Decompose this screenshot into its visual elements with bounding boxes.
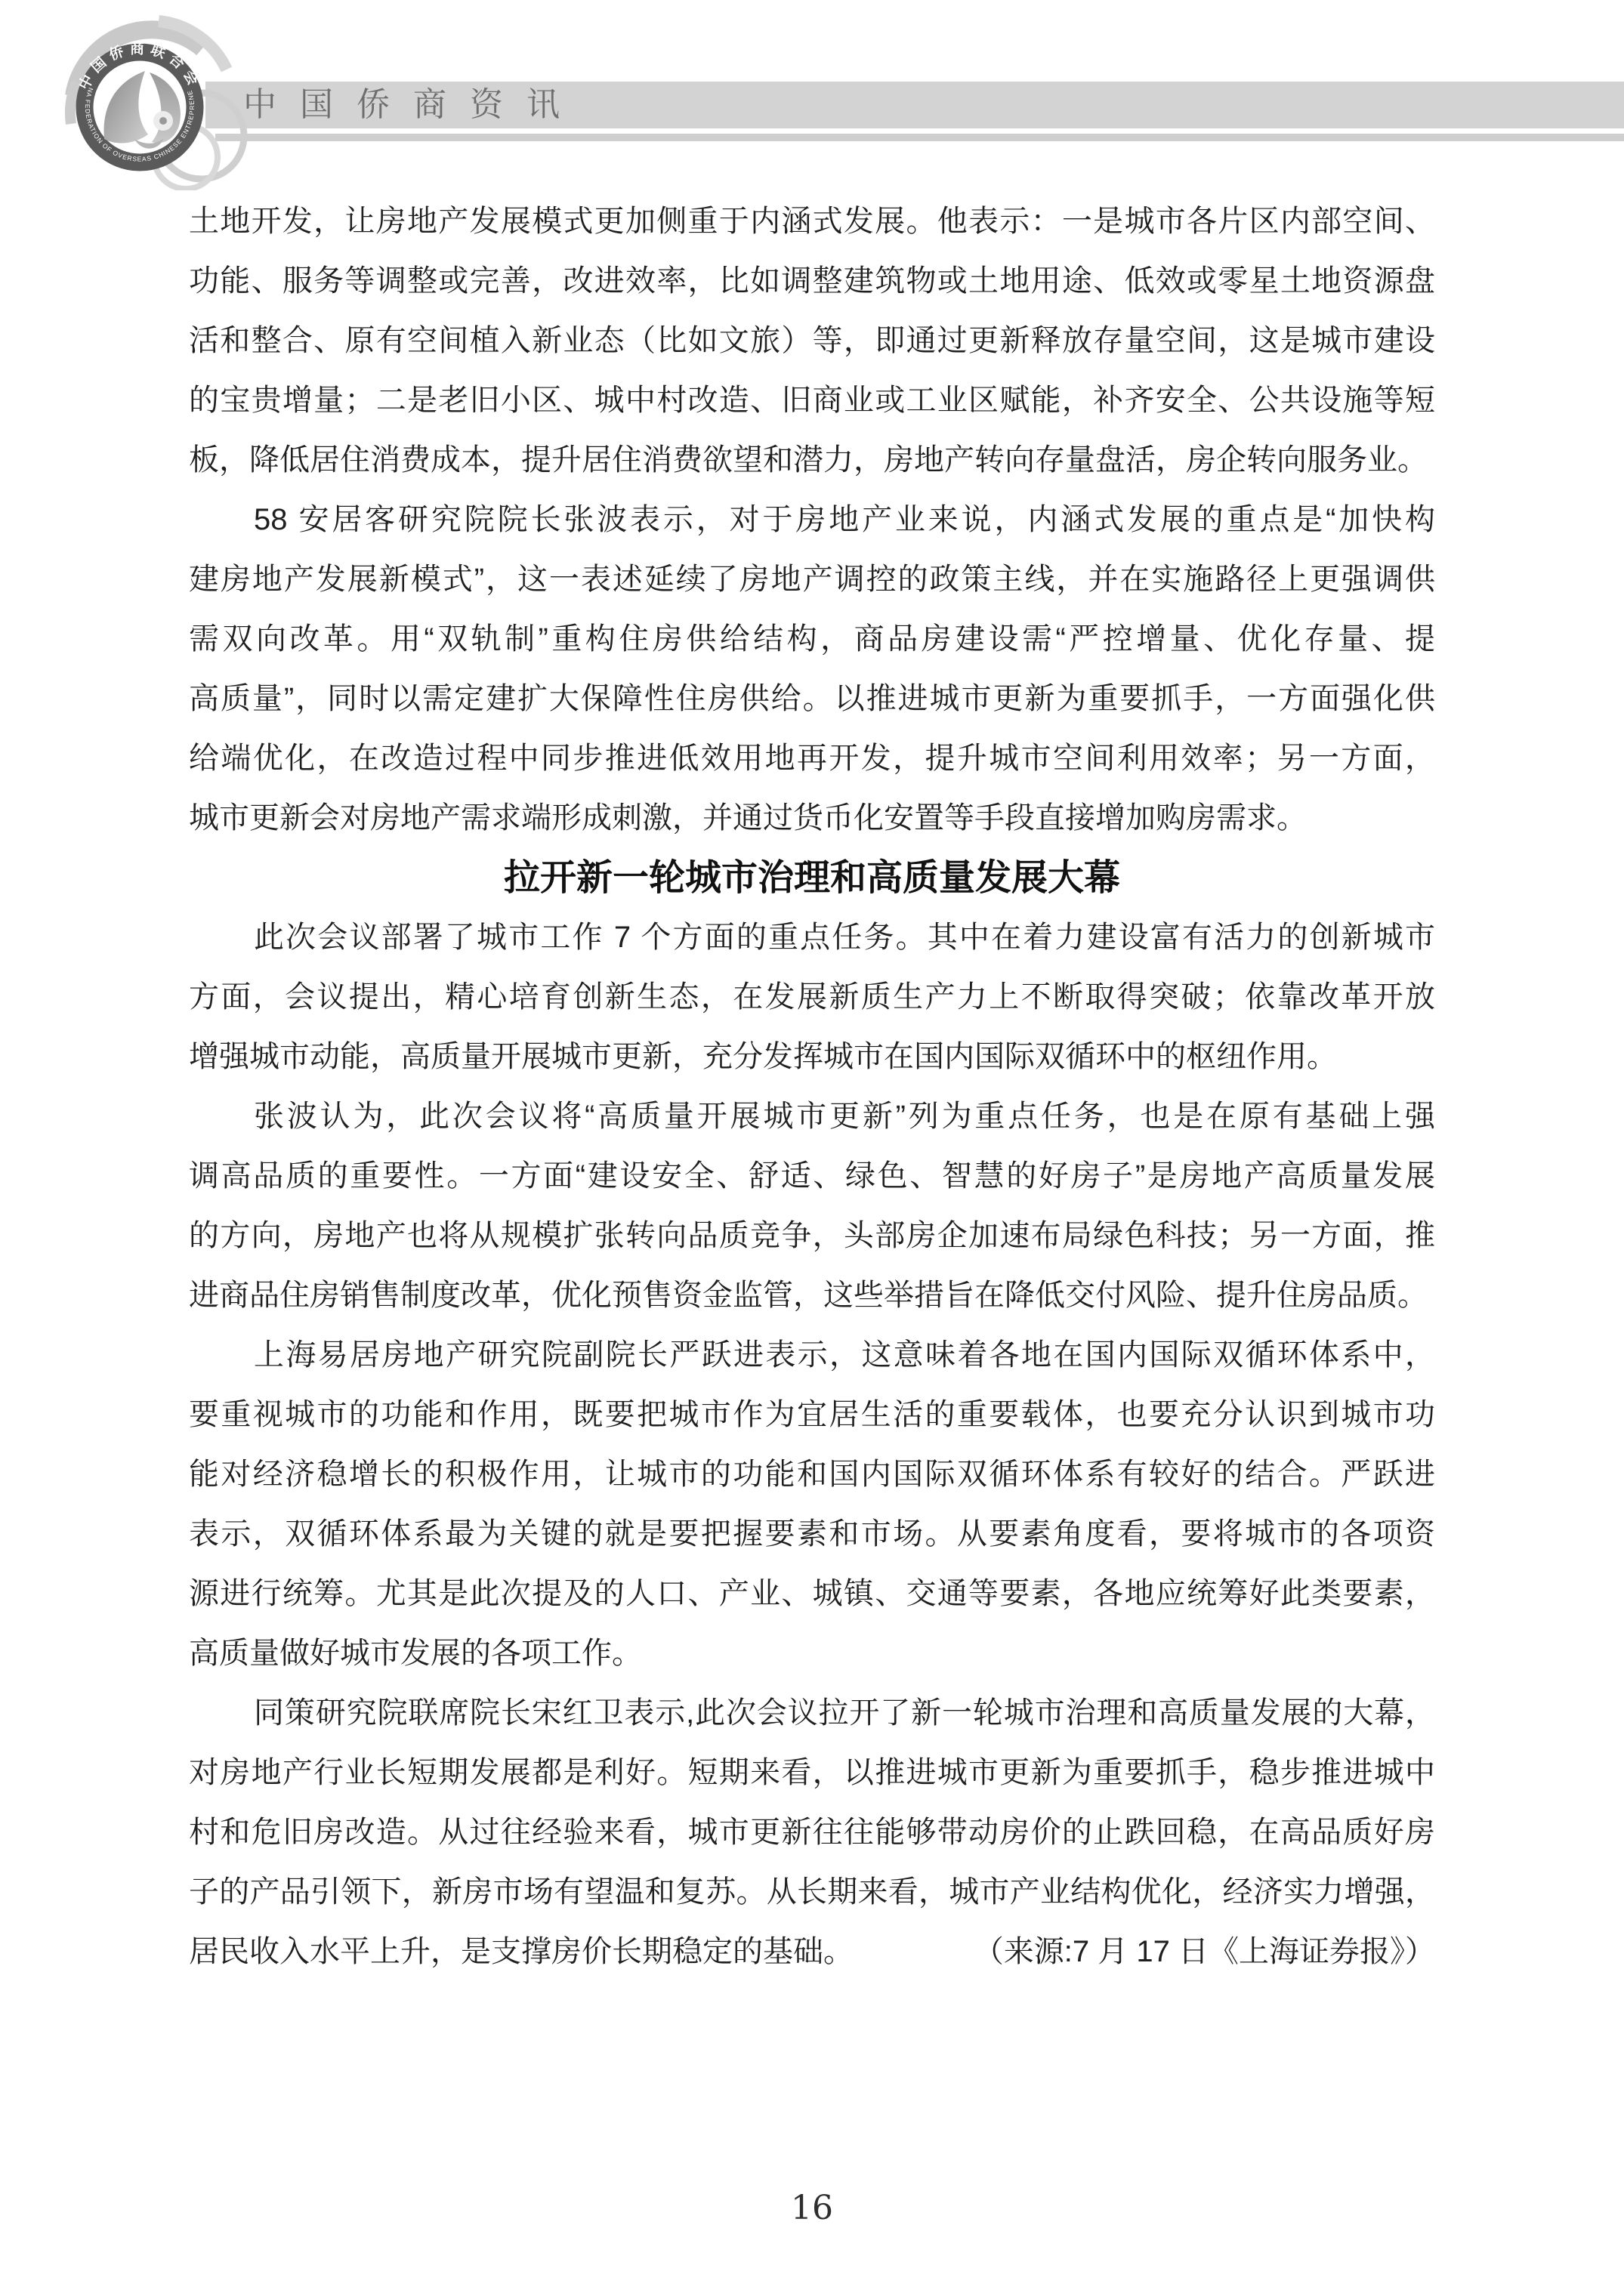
body-line: 板，降低居住消费成本，提升居住消费欲望和潜力，房地产转向存量盘活，房企转向服务业… [189,431,1435,490]
body-line: 的方向，房地产也将从规模扩张转向品质竞争，头部房企加速布局绿色科技；另一方面，推 [189,1206,1435,1266]
body-line-text: 居民收入水平上升，是支撑房价长期稳定的基础。 [189,1922,854,1982]
body-line: 建房地产发展新模式”，这一表述延续了房地产调控的政策主线，并在实施路径上更强调供 [189,550,1435,610]
header-band-thin [215,134,1624,141]
body-line: 58 安居客研究院院长张波表示，对于房地产业来说，内涵式发展的重点是“加快构 [189,490,1435,550]
body-line: 此次会议部署了城市工作 7 个方面的重点任务。其中在着力建设富有活力的创新城市 [189,908,1435,968]
body-line: 给端优化，在改造过程中同步推进低效用地再开发，提升城市空间利用效率；另一方面， [189,729,1435,789]
masthead-title: 中国侨商资讯 [243,88,583,122]
body-last-line: 居民收入水平上升，是支撑房价长期稳定的基础。 （来源:7 月 17 日《上海证券… [189,1922,1435,1982]
body-line: 源进行统筹。尤其是此次提及的人口、产业、城镇、交通等要素，各地应统筹好此类要素， [189,1564,1435,1624]
body-line: 高质量”，同时以需定建扩大保障性住房供给。以推进城市更新为重要抓手，一方面强化供 [189,669,1435,729]
body-line: 的宝贵增量；二是老旧小区、城中村改造、旧商业或工业区赋能，补齐安全、公共设施等短 [189,371,1435,431]
body-line: 进商品住房销售制度改革，优化预售资金监管，这些举措旨在降低交付风险、提升住房品质… [189,1266,1435,1325]
body-line: 活和整合、原有空间植入新业态（比如文旅）等，即通过更新释放存量空间，这是城市建设 [189,311,1435,371]
page-number: 16 [0,2189,1624,2227]
body-line: 村和危旧房改造。从过往经验来看，城市更新往往能够带动房价的止跌回稳，在高品质好房 [189,1803,1435,1862]
body-line: 城市更新会对房地产需求端形成刺激，并通过货币化安置等手段直接增加购房需求。 [189,789,1435,848]
document-page: 中国侨商资讯 [0,0,1624,2293]
body-line: 表示，双循环体系最为关键的就是要把握要素和市场。从要素角度看，要将城市的各项资 [189,1504,1435,1564]
federation-logo-icon: 中国侨商联合会 CHINA FEDERATION OF OVERSEAS CHI… [45,9,249,190]
body-line: 子的产品引领下，新房市场有望温和复苏。从长期来看，城市产业结构优化，经济实力增强… [189,1862,1435,1922]
body-line: 增强城市动能，高质量开展城市更新，充分发挥城市在国内国际双循环中的枢纽作用。 [189,1027,1435,1087]
body-line: 高质量做好城市发展的各项工作。 [189,1624,1435,1683]
body-line: 能对经济稳增长的积极作用，让城市的功能和国内国际双循环体系有较好的结合。严跃进 [189,1445,1435,1504]
body-line: 要重视城市的功能和作用，既要把城市作为宜居生活的重要载体，也要充分认识到城市功 [189,1385,1435,1445]
section-heading: 拉开新一轮城市治理和高质量发展大幕 [189,848,1435,908]
body-line: 同策研究院联席院长宋红卫表示,此次会议拉开了新一轮城市治理和高质量发展的大幕， [189,1683,1435,1743]
body-line: 土地开发，让房地产发展模式更加侧重于内涵式发展。他表示：一是城市各片区内部空间、 [189,192,1435,252]
body-line: 调高品质的重要性。一方面“建设安全、舒适、绿色、智慧的好房子”是房地产高质量发展 [189,1146,1435,1206]
article-body: 土地开发，让房地产发展模式更加侧重于内涵式发展。他表示：一是城市各片区内部空间、… [189,192,1435,1982]
body-line: 功能、服务等调整或完善，改进效率，比如调整建筑物或土地用途、低效或零星土地资源盘 [189,252,1435,311]
body-line: 需双向改革。用“双轨制”重构住房供给结构，商品房建设需“严控增量、优化存量、提 [189,610,1435,669]
body-line: 张波认为，此次会议将“高质量开展城市更新”列为重点任务，也是在原有基础上强 [189,1087,1435,1146]
body-line: 方面，会议提出，精心培育创新生态，在发展新质生产力上不断取得突破；依靠改革开放 [189,968,1435,1027]
body-line: 上海易居房地产研究院副院长严跃进表示，这意味着各地在国内国际双循环体系中， [189,1325,1435,1385]
source-note: （来源:7 月 17 日《上海证券报》） [974,1922,1435,1982]
body-line: 对房地产行业长短期发展都是利好。短期来看，以推进城市更新为重要抓手，稳步推进城中 [189,1743,1435,1803]
